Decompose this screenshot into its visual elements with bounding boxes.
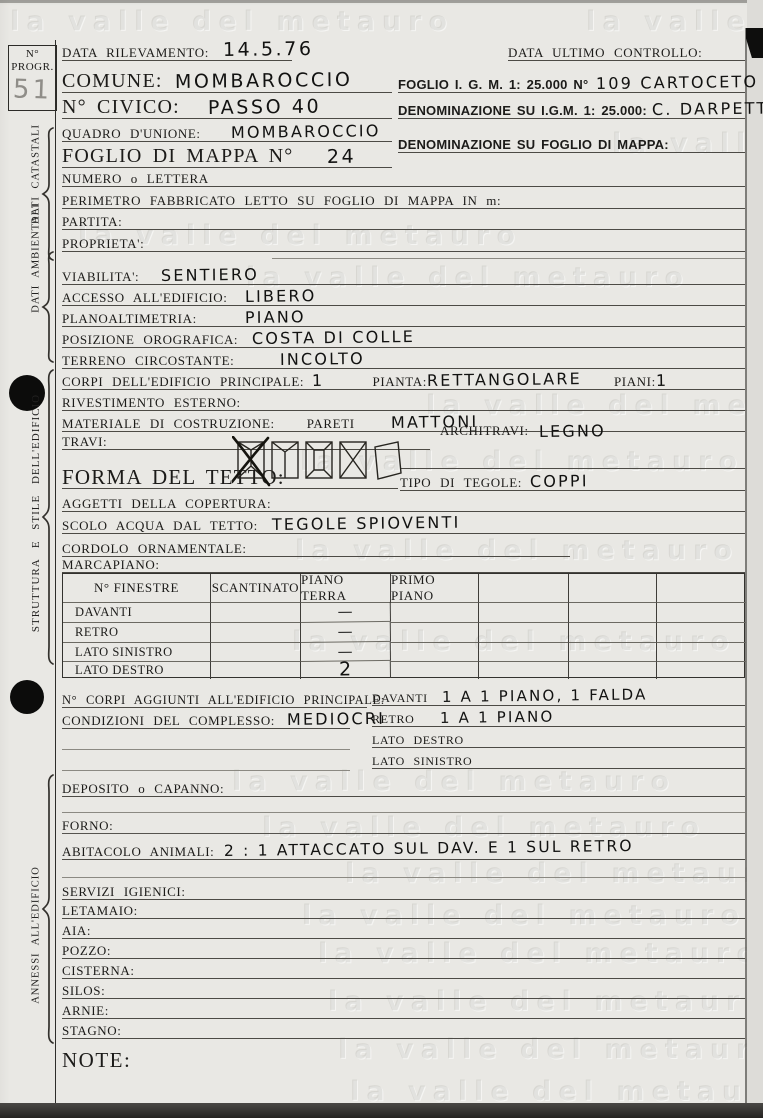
field-value-handwritten: TEGOLE SPIOVENTI [272, 515, 461, 533]
field-value-handwritten: MEDIOCRI [287, 711, 385, 728]
table-row-label: LATO DESTRO [63, 662, 211, 679]
field-label: CONDIZIONI DEL COMPLESSO: [62, 714, 275, 728]
field-comune: COMUNE: MOMBAROCCIO [62, 68, 392, 93]
table-header: PRIMO PIANO [391, 574, 479, 603]
table-cell [657, 603, 746, 623]
progr-label-line1: N° [9, 48, 56, 61]
brace-annessi [41, 773, 55, 1045]
field-label: PROPRIETA': [62, 237, 144, 251]
hole-punch-bottom [10, 680, 44, 714]
field-note-label: NOTE: [62, 1048, 131, 1073]
field-value-handwritten: 2 : 1 ATTACCATO SUL DAV. E 1 SUL RETRO [224, 838, 634, 859]
table-cell [569, 623, 657, 643]
field-label: DATA ULTIMO CONTROLLO: [508, 46, 702, 60]
table-cell [211, 662, 301, 679]
scan-right-line [745, 28, 747, 1104]
field-label: FOGLIO I. G. M. 1: 25.000 N° [398, 78, 588, 92]
table-cell [569, 603, 657, 623]
field-scolo-acqua: SCOLO ACQUA DAL TETTO: TEGOLE SPIOVENTI [62, 509, 745, 534]
field-label: MARCAPIANO: [62, 558, 160, 572]
field-architravi: ARCHITRAVI: LEGNO [400, 421, 745, 469]
scan-top-edge [0, 0, 763, 3]
field-marcapiano: MARCAPIANO: [62, 548, 745, 573]
field-value-handwritten: MOMBAROCCIO [230, 123, 380, 141]
watermark: la valle del metauro [586, 6, 763, 37]
table-cell [391, 662, 479, 679]
scanned-survey-form: la valle del metauro la valle del metaur… [0, 0, 763, 1118]
field-value-handwritten: 109 CARTOCETO [596, 74, 758, 92]
table-header: PIANO TERRA [301, 574, 391, 603]
field-quadro-unione: QUADRO D'UNIONE: MOMBAROCCIO [62, 117, 392, 142]
table-cell [479, 662, 569, 679]
progr-label: N° PROGR. [9, 48, 56, 73]
brace-dati-ambientali [41, 250, 55, 364]
sidebar-section-dati-ambientali: DATI AMBIENTALI [31, 203, 42, 312]
field-label: LATO SINISTRO [372, 755, 472, 768]
field-denominazione-mappa: DENOMINAZIONE SU FOGLIO DI MAPPA: [398, 128, 745, 153]
table-cell [657, 643, 746, 662]
roof-mansard-icon [306, 442, 332, 478]
field-value-handwritten: MOMBAROCCIO [174, 71, 352, 92]
field-aggiunti-lato-sinistro: LATO SINISTRO [372, 744, 745, 769]
field-label: FORNO: [62, 819, 113, 833]
field-label: N° CIVICO: [62, 97, 180, 118]
table-row-label: RETRO [63, 623, 211, 643]
table-header [657, 574, 746, 603]
field-label: ABITACOLO ANIMALI: [62, 845, 214, 859]
form-left-rule [55, 40, 56, 1103]
table-cell [211, 623, 301, 643]
watermark: la valle del metauro [10, 6, 454, 37]
field-proprieta: PROPRIETA': [62, 227, 745, 252]
field-data-ultimo-controllo: DATA ULTIMO CONTROLLO: [508, 36, 745, 61]
field-label: ARCHITRAVI: [440, 424, 529, 438]
field-label: STAGNO: [62, 1024, 122, 1038]
table-header [479, 574, 569, 603]
table-cell [391, 643, 479, 662]
table-cell-handwritten: — [301, 622, 391, 643]
brace-struttura [41, 368, 55, 666]
field-deposito: DEPOSITO o CAPANNO: [62, 772, 745, 797]
table-cell-handwritten: — [301, 602, 391, 623]
table-cell [391, 603, 479, 623]
table-row-label: LATO SINISTRO [63, 643, 211, 662]
field-foglio-igm: FOGLIO I. G. M. 1: 25.000 N° 109 CARTOCE… [398, 68, 745, 93]
roof-shape-icons [232, 436, 414, 492]
field-label: DATA RILEVAMENTO: [62, 46, 209, 60]
field-stagno: STAGNO: [62, 1014, 745, 1039]
table-cell [479, 623, 569, 643]
table-cell [479, 603, 569, 623]
progr-label-line2: PROGR. [9, 61, 56, 74]
sidebar-section-annessi: ANNESSI ALL'EDIFICIO [31, 866, 42, 1004]
table-cell [211, 643, 301, 662]
field-abitacolo-animali: ABITACOLO ANIMALI: 2 : 1 ATTACCATO SUL D… [62, 835, 745, 860]
table-cell [657, 662, 746, 679]
field-label: DENOMINAZIONE SU I.G.M. 1: 25.000: [398, 104, 647, 118]
field-label: DENOMINAZIONE SU FOGLIO DI MAPPA: [398, 138, 669, 152]
table-row-label: DAVANTI [63, 603, 211, 623]
field-data-rilevamento: DATA RILEVAMENTO: 14.5.76 [62, 36, 292, 61]
field-label: TRAVI: [62, 435, 107, 449]
table-header [569, 574, 657, 603]
table-cell [211, 603, 301, 623]
scan-right-edge [747, 0, 763, 1118]
field-label: DEPOSITO o CAPANNO: [62, 782, 224, 796]
brace-dati-catastali [41, 126, 55, 262]
blank-ruled-line [272, 258, 745, 259]
field-value-handwritten: PASSO 40 [208, 98, 322, 118]
blank-ruled-line [62, 770, 350, 771]
roof-shed-icon [375, 442, 401, 479]
field-label: SCOLO ACQUA DAL TETTO: [62, 519, 258, 533]
progr-box: N° PROGR. 51 [8, 45, 57, 111]
field-denominazione-igm: DENOMINAZIONE SU I.G.M. 1: 25.000: C. DA… [398, 94, 745, 119]
table-cell [391, 623, 479, 643]
field-value-handwritten: 14.5.76 [223, 40, 314, 60]
table-header: SCANTINATO [211, 574, 301, 603]
field-value-handwritten: LEGNO [539, 423, 606, 440]
table-cell [569, 662, 657, 679]
field-condizioni: CONDIZIONI DEL COMPLESSO: MEDIOCRI [62, 704, 350, 729]
field-civico: N° CIVICO: PASSO 40 [62, 94, 392, 119]
blank-ruled-line [62, 749, 350, 750]
scan-bottom-edge [0, 1103, 763, 1118]
table-cell [569, 643, 657, 662]
field-value-handwritten: C. DARPETTI [652, 100, 763, 118]
table-cell [479, 643, 569, 662]
table-header: N° FINESTRE [63, 574, 211, 603]
table-cell [657, 623, 746, 643]
field-forno: FORNO: [62, 809, 745, 834]
field-label: QUADRO D'UNIONE: [62, 127, 201, 141]
progr-value-handwritten: 51 [8, 74, 56, 106]
finestre-table: N° FINESTRE SCANTINATO PIANO TERRA PRIMO… [62, 573, 745, 678]
table-cell-handwritten: 2 [301, 661, 391, 679]
field-label: COMUNE: [62, 71, 163, 92]
